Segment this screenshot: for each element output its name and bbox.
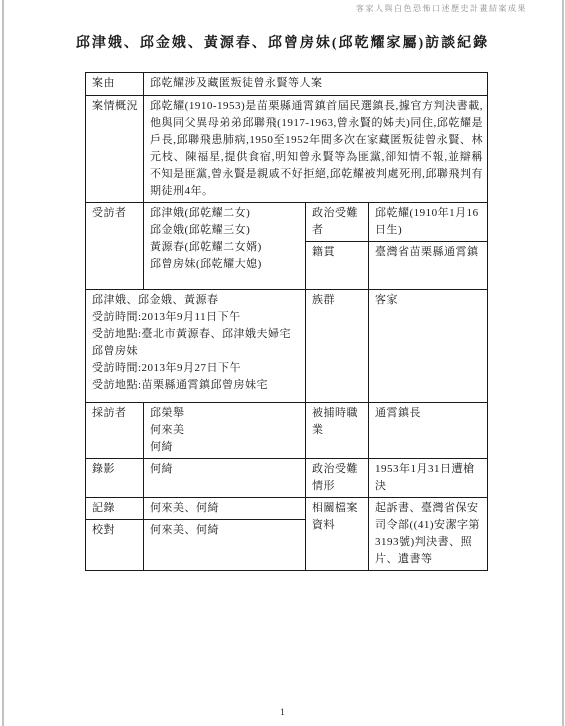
transcription-value: 何來美、何綺 [144, 498, 306, 520]
interviewees-label: 受訪者 [86, 203, 144, 290]
case-summary-label: 案情概況 [86, 96, 144, 203]
video-recording-value: 何綺 [144, 459, 306, 498]
interviewees-value: 邱津娥(邱乾耀二女) 邱金娥(邱乾耀三女) 黃源春(邱乾耀二女婿) 邱曾房妹(邱… [144, 203, 306, 290]
proofreading-value: 何來美、何綺 [144, 520, 306, 571]
related-archives-value: 起訴書、臺灣省保安司令部((41)安潔字第3193號)判決書、照片、遺書等 [369, 498, 488, 571]
related-archives-label: 相關檔案資料 [306, 498, 369, 571]
case-summary-value: 邱乾耀(1910-1953)是苗栗縣通霄鎮首屆民選鎮長,據官方判決書載,他與同父… [144, 96, 488, 203]
video-recording-label: 錄影 [86, 459, 144, 498]
interviewers-value: 邱榮舉 何來美 何綺 [144, 403, 306, 459]
page-number: 1 [0, 707, 565, 717]
project-header-note: 客家人與白色恐怖口述歷史計畫結案成果 [356, 3, 527, 14]
case-cause-label: 案由 [86, 73, 144, 96]
page-edge-left [2, 0, 4, 726]
persecution-value: 1953年1月31日遭槍決 [369, 459, 488, 498]
row-case-summary: 案情概況 邱乾耀(1910-1953)是苗栗縣通霄鎮首屆民選鎮長,據官方判決書載… [86, 96, 488, 203]
persecution-label: 政治受難情形 [306, 459, 369, 498]
interviewers-label: 採訪者 [86, 403, 144, 459]
document-page: 客家人與白色恐怖口述歷史計畫結案成果 邱津娥、邱金娥、黃源春、邱曾房妹(邱乾耀家… [0, 0, 565, 726]
native-place-label: 籍貫 [306, 242, 369, 290]
transcription-label: 記錄 [86, 498, 144, 520]
occupation-value: 通霄鎮長 [369, 403, 488, 459]
row-video-persecution: 錄影 何綺 政治受難情形 1953年1月31日遭槍決 [86, 459, 488, 498]
row-interviewees-victim: 受訪者 邱津娥(邱乾耀二女) 邱金娥(邱乾耀三女) 黃源春(邱乾耀二女婿) 邱曾… [86, 203, 488, 242]
row-interview-sessions: 邱津娥、邱金娥、黃源春 受訪時間:2013年9月11日下午 受訪地點:臺北市黃源… [86, 290, 488, 403]
ethnic-group-value: 客家 [369, 290, 488, 403]
interview-record-table: 案由 邱乾耀涉及藏匿叛徒曾永賢等人案 案情概況 邱乾耀(1910-1953)是苗… [85, 72, 488, 571]
occupation-label: 被捕時職業 [306, 403, 369, 459]
political-victim-label: 政治受難者 [306, 203, 369, 242]
document-title: 邱津娥、邱金娥、黃源春、邱曾房妹(邱乾耀家屬)訪談紀錄 [0, 32, 565, 52]
case-cause-value: 邱乾耀涉及藏匿叛徒曾永賢等人案 [144, 73, 488, 96]
row-transcription: 記錄 何來美、何綺 相關檔案資料 起訴書、臺灣省保安司令部((41)安潔字第31… [86, 498, 488, 520]
political-victim-value: 邱乾耀(1910年1月16日生) [369, 203, 488, 242]
row-case-cause: 案由 邱乾耀涉及藏匿叛徒曾永賢等人案 [86, 73, 488, 96]
ethnic-group-label: 族群 [306, 290, 369, 403]
row-interviewers: 採訪者 邱榮舉 何來美 何綺 被捕時職業 通霄鎮長 [86, 403, 488, 459]
interview-sessions-value: 邱津娥、邱金娥、黃源春 受訪時間:2013年9月11日下午 受訪地點:臺北市黃源… [86, 290, 306, 403]
page-edge-right [562, 0, 564, 726]
proofreading-label: 校對 [86, 520, 144, 571]
native-place-value: 臺灣省苗栗縣通霄鎮 [369, 242, 488, 290]
